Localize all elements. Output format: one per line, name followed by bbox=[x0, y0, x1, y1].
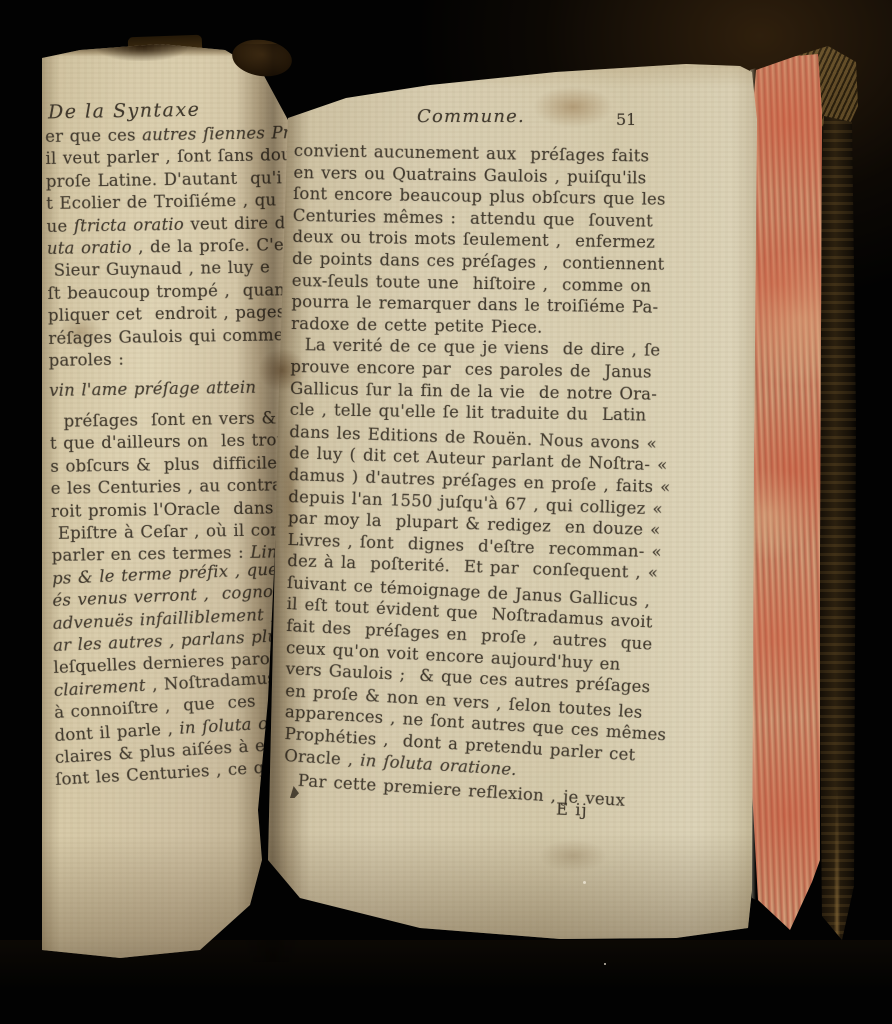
dust-speck bbox=[583, 881, 586, 884]
body-text: il veut parler , ſont ſans dou bbox=[45, 146, 292, 169]
right-page-text-block: convient aucunement aux préſages faitsen… bbox=[284, 140, 660, 796]
left-running-header: De la Syntaxe bbox=[48, 99, 201, 124]
right-page: Commune. 51 convient aucunement aux préſ… bbox=[256, 58, 768, 958]
italic-text: ſtricta oratio bbox=[74, 214, 184, 235]
book-photograph: De la Syntaxe er que ces autres ſiennes … bbox=[0, 0, 892, 1024]
body-text: radoxe de cette petite Piece. bbox=[291, 314, 543, 337]
page-number: 51 bbox=[616, 110, 636, 129]
signature-mark: E ij bbox=[556, 799, 588, 819]
text-line: t Ecolier de Troiſiéme , qu bbox=[46, 189, 289, 215]
body-text: t Ecolier de Troiſiéme , qu bbox=[46, 191, 276, 214]
body-text: e les Centuries , au contrai bbox=[51, 475, 288, 498]
text-line: pliquer cet endroit , pages bbox=[48, 301, 291, 327]
left-page-text-block: er que ces autres ſiennes Proil veut par… bbox=[45, 122, 298, 792]
body-text: ſt beaucoup trompé , quan bbox=[47, 280, 285, 303]
left-page-top-stain bbox=[97, 44, 187, 61]
body-text: roit promis l'Oracle dans bbox=[51, 498, 274, 520]
italic-text: clairement bbox=[53, 675, 146, 699]
body-text: pliquer cet endroit , pages bbox=[48, 302, 286, 325]
body-text: er que ces bbox=[45, 125, 142, 146]
body-text: Sieur Guynaud , ne luy e bbox=[47, 258, 270, 280]
body-text: préſages ſont en vers & n bbox=[63, 408, 293, 431]
body-text: t que d'ailleurs on les trou bbox=[50, 431, 288, 454]
body-text: veut dire de bbox=[184, 213, 296, 234]
book-binding-edge bbox=[818, 116, 856, 940]
body-text: Epiſtre à Ceſar , où il con bbox=[51, 520, 281, 543]
italic-text: vin l'ame préſage attein bbox=[49, 378, 256, 400]
text-line: paroles : bbox=[49, 346, 292, 372]
left-page: De la Syntaxe er que ces autres ſiennes … bbox=[42, 44, 288, 964]
text-line: réſages Gaulois qui commen bbox=[48, 324, 291, 350]
body-text: , de la proſe. C'e bbox=[132, 235, 284, 256]
fore-edge-red-speckled bbox=[746, 52, 822, 940]
italic-text: autres ſiennes Pro bbox=[142, 123, 301, 144]
text-line: e les Centuries , au contrai bbox=[51, 474, 294, 500]
body-text: réſages Gaulois qui commen bbox=[48, 325, 295, 348]
italic-text: uta oratio bbox=[47, 238, 132, 258]
body-text: paroles : bbox=[49, 350, 125, 370]
body-text: ue bbox=[46, 216, 74, 235]
body-text: s obſcurs & plus difficiles bbox=[50, 453, 286, 476]
body-text: Oracle , bbox=[284, 746, 361, 770]
right-running-header: Commune. bbox=[293, 106, 649, 127]
dust-speck bbox=[604, 963, 606, 965]
body-text: cle , telle qu'elle ſe lit traduite du L… bbox=[290, 400, 647, 425]
body-text: proſe Latine. D'autant qu'i bbox=[46, 168, 282, 191]
text-line: vin l'ame préſage attein bbox=[49, 377, 292, 403]
